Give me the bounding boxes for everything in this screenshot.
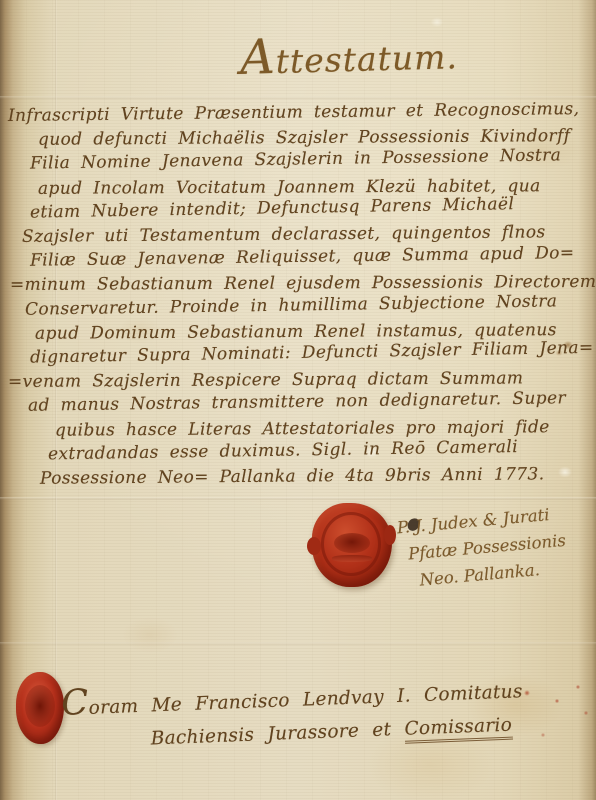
document-body: Infrascripti Virtute Præsentium testamur… [8,104,592,491]
wax-lump [307,537,321,555]
seal-emblem [334,533,370,553]
attestation-block: Coram Me Francisco Lendvay I. Comitatus … [61,675,525,759]
manuscript-page: Attestatum. Infrascripti Virtute Præsent… [0,0,596,800]
attestation-text: Bachiensis Jurassore et [150,719,405,750]
wax-seal-large-icon [312,503,392,587]
seal-emblem [25,685,55,727]
body-line: Possessione Neo= Pallanka die 4ta 9bris … [8,462,592,491]
paper-crease [0,642,596,645]
wax-lump [384,525,396,545]
paper-crease [0,497,596,500]
wax-seal-small-icon [16,672,64,744]
signature-block: P. J. Judex & Jurati Pfatæ Possessionis … [396,500,569,595]
seal-emblem-bar [332,555,372,562]
document-title: Attestatum. [239,25,460,86]
body-line: Infrascripti Virtute Præsentium testamur… [8,97,592,128]
attestation-underlined-word: Comissario [404,715,513,744]
